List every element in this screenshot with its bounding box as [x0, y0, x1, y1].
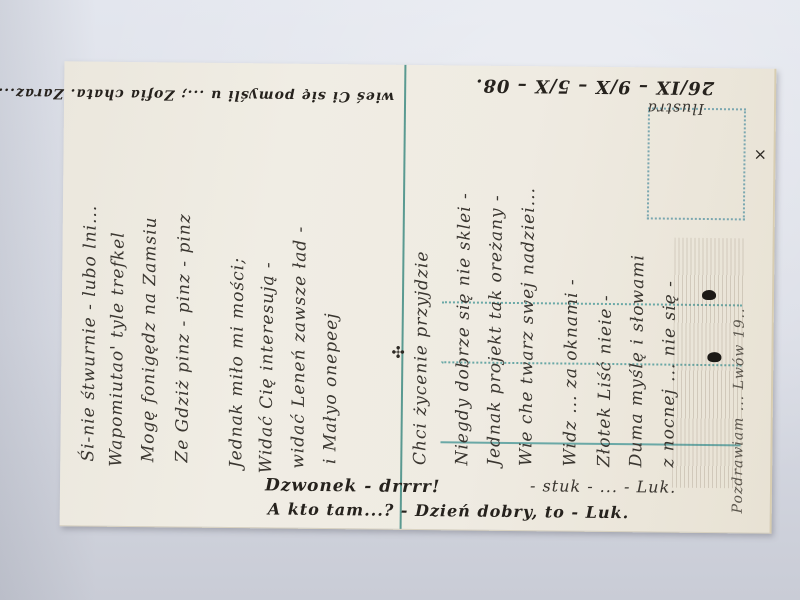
right-column-1: Chci życenie przyjdzie [410, 250, 432, 465]
cross-mark: × [753, 145, 767, 164]
corner-note: Pozdrawiam ... Lwów 19.. [730, 307, 748, 513]
right-column-4: Wie che twarz swej nadziei... [516, 187, 539, 466]
left-column-5: Jednak miło mi mości; [226, 257, 248, 468]
right-column-3: Jednak projekt tak oreżany - [484, 194, 507, 466]
bottom-line-right: - stuk - ... - Luk. [530, 476, 676, 497]
stamp-box [647, 107, 746, 220]
left-column-1: Śi-nie śtwurnie - lubo lni... [78, 205, 101, 462]
left-column-3: Mogę fonigędz na Zamsiu [138, 216, 161, 462]
postcard: 26/IX – 9/X – 5/X – 08. Ilustra wieś Ci … [60, 61, 777, 533]
right-column-7: Duma myślę i słowami [626, 254, 648, 467]
left-column-6: Widać Cię interesują - [256, 261, 278, 473]
right-column-5: Widz ... za oknami - [560, 278, 582, 466]
bottom-line-2: A kto tam...? - Dzień dobry, to - Luk. [268, 499, 630, 522]
ink-blot [707, 352, 721, 362]
date-header: 26/IX – 9/X – 5/X – 08. [475, 75, 714, 99]
bottom-line-1: Dzwonek - drrrr! [265, 475, 441, 497]
right-column-2: Niegdy dobrze się nie sklei - [452, 192, 475, 465]
top-upside-line: wieś Ci się pomyśli u ...; Zofia chata. … [0, 85, 394, 105]
top-note: Ilustra [647, 99, 704, 118]
postcard-divider-line [400, 65, 407, 529]
right-column-6: Złotek Liść nieie - [594, 294, 616, 467]
ink-blot [702, 290, 716, 300]
left-column-8: i Małyo onepeej [320, 312, 342, 464]
right-column-8: z nocnej ... nie się - [658, 280, 680, 468]
left-column-7: widać Leneń zawsze ład - [288, 226, 311, 469]
left-column-4: Ze Gdziż pinz - pinz - pinz [172, 213, 195, 462]
asterisk-mark: ✣ [391, 343, 405, 362]
left-column-2: Wapomiutao' tyle trefkel [106, 231, 128, 467]
